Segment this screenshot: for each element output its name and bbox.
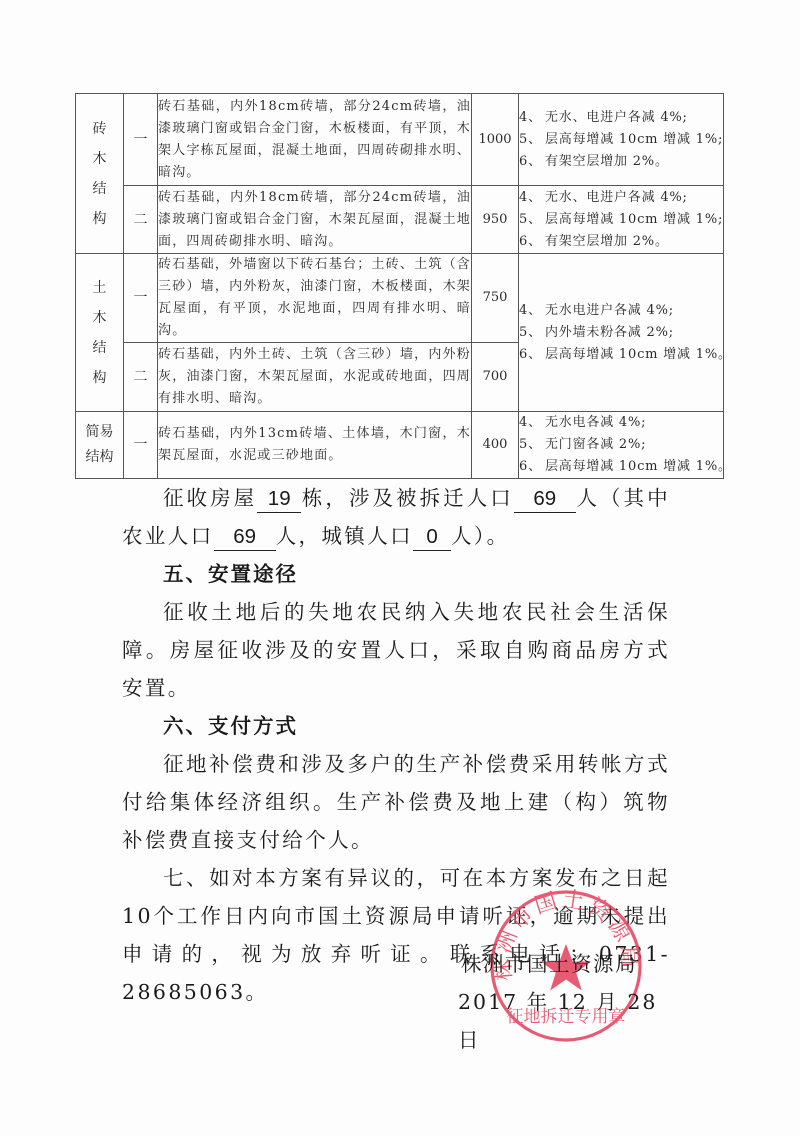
category-char: 砖 <box>76 114 123 144</box>
price-cell: 400 <box>472 412 519 479</box>
population-count: 69 <box>514 486 576 513</box>
category-char: 结 <box>76 333 123 363</box>
item-number: 6、 <box>519 456 545 478</box>
text-span: 征收房屋 <box>163 486 257 510</box>
item-number: 6、 <box>519 231 545 253</box>
grade-cell: 二 <box>124 186 158 254</box>
item-number: 5、 <box>519 322 545 344</box>
description-cell: 砖石基础，内外18cm砖墙，部分24cm砖墙，油漆玻璃门窗或铝合金门窗，木架瓦屋… <box>158 186 472 254</box>
price-cell: 700 <box>472 343 519 412</box>
category-char: 结 <box>76 174 123 204</box>
table-row: 砖 木 结 构 一 砖石基础，内外18cm砖墙，部分24cm砖墙，油漆玻璃门窗或… <box>76 94 724 186</box>
document-page: 砖 木 结 构 一 砖石基础，内外18cm砖墙，部分24cm砖墙，油漆玻璃门窗或… <box>0 0 800 1136</box>
item-number: 6、 <box>519 344 545 366</box>
houses-count: 19 <box>257 486 301 513</box>
item-text: 无水、电进户各减 4%; <box>545 190 688 205</box>
item-number: 5、 <box>519 434 545 456</box>
description-cell: 砖石基础，内外土砖、土筑（含三砂）墙，内外粉灰，油漆门窗，木架瓦屋面，水泥或砖地… <box>158 343 472 412</box>
table-row: 简易 结构 一 砖石基础，内外13cm砖墙、土体墙，木门窗，木架瓦屋面，水泥或三… <box>76 412 724 479</box>
item-text: 层高每增减 10cm 增减 1%。 <box>545 459 732 474</box>
issue-date: 2017 年 12 月 28 日 <box>458 983 678 1059</box>
grade-cell: 二 <box>124 343 158 412</box>
adjustment-item: 5、层高每增减 10cm 增减 1%; <box>519 209 723 231</box>
item-text: 无门窗各减 2%; <box>545 437 646 452</box>
adjustment-cell: 4、无水电各减 4%; 5、无门窗各减 2%; 6、层高每增减 10cm 增减 … <box>519 412 724 479</box>
adjustment-item: 6、有架空层增加 2%。 <box>519 231 723 253</box>
category-char: 构 <box>76 204 123 234</box>
item-text: 有架空层增加 2%。 <box>545 154 669 169</box>
category-char: 构 <box>76 363 123 393</box>
category-cell-brick-wood: 砖 木 结 构 <box>76 94 124 254</box>
category-cell-simple: 简易 结构 <box>76 412 124 479</box>
item-text: 有架空层增加 2%。 <box>545 234 669 249</box>
item-text: 无水电各减 4%; <box>545 415 646 430</box>
item-number: 4、 <box>519 107 545 129</box>
item-number: 5、 <box>519 129 545 151</box>
adjustment-item: 5、无门窗各减 2%; <box>519 434 723 456</box>
adjustment-cell: 4、无水电进户各减 4%; 5、内外墙未粉各减 2%; 6、层高每增减 10cm… <box>519 254 724 412</box>
grade-cell: 一 <box>124 412 158 479</box>
item-text: 内外墙未粉各减 2%; <box>545 325 674 340</box>
urban-population-count: 0 <box>413 524 451 551</box>
item-number: 4、 <box>519 187 545 209</box>
text-span: 人）。 <box>451 524 509 548</box>
adjustment-item: 6、有架空层增加 2%。 <box>519 151 723 173</box>
category-cell-earth-wood: 土 木 结 构 <box>76 254 124 412</box>
grade-cell: 一 <box>124 94 158 186</box>
category-char: 简易 <box>76 420 123 445</box>
table-row: 二 砖石基础，内外18cm砖墙，部分24cm砖墙，油漆玻璃门窗或铝合金门窗，木架… <box>76 186 724 254</box>
category-char: 木 <box>76 303 123 333</box>
description-cell: 砖石基础，内外18cm砖墙，部分24cm砖墙，油漆玻璃门窗或铝合金门窗，木板楼面… <box>158 94 472 186</box>
adjustment-item: 4、无水、电进户各减 4%; <box>519 107 723 129</box>
section-heading-resettlement: 五、安置途径 <box>122 555 670 593</box>
item-number: 4、 <box>519 300 545 322</box>
description-cell: 砖石基础，内外13cm砖墙、土体墙，木门窗，木架瓦屋面，水泥或三砂地面。 <box>158 412 472 479</box>
adjustment-item: 5、层高每增减 10cm 增减 1%; <box>519 129 723 151</box>
adjustment-item: 4、无水、电进户各减 4%; <box>519 187 723 209</box>
adjustment-item: 5、内外墙未粉各减 2%; <box>519 322 723 344</box>
category-char: 结构 <box>76 445 123 470</box>
table-row: 土 木 结 构 一 砖石基础，外墙窗以下砖石基台；土砖、土筑（含三砂）墙，内外粉… <box>76 254 724 343</box>
item-text: 无水电进户各减 4%; <box>545 303 674 318</box>
item-text: 层高每增减 10cm 增减 1%。 <box>545 347 732 362</box>
price-cell: 950 <box>472 186 519 254</box>
agricultural-population-count: 69 <box>214 524 276 551</box>
payment-paragraph: 征地补偿费和涉及多户的生产补偿费采用转帐方式付给集体经济组织。生产补偿费及地上建… <box>122 745 670 859</box>
grade-cell: 一 <box>124 254 158 343</box>
summary-paragraph: 征收房屋19栋，涉及被拆迁人口69人（其中农业人口69人，城镇人口0人）。 <box>122 479 670 555</box>
price-cell: 750 <box>472 254 519 343</box>
item-number: 5、 <box>519 209 545 231</box>
compensation-standard-table: 砖 木 结 构 一 砖石基础，内外18cm砖墙，部分24cm砖墙，油漆玻璃门窗或… <box>75 93 724 479</box>
item-text: 层高每增减 10cm 增减 1%; <box>545 132 723 147</box>
signature-block: 株洲市国土资源局 2017 年 12 月 28 日 <box>458 945 678 1059</box>
adjustment-cell: 4、无水、电进户各减 4%; 5、层高每增减 10cm 增减 1%; 6、有架空… <box>519 94 724 186</box>
adjustment-item: 6、层高每增减 10cm 增减 1%。 <box>519 344 723 366</box>
text-span: 人，城镇人口 <box>276 524 413 548</box>
adjustment-cell: 4、无水、电进户各减 4%; 5、层高每增减 10cm 增减 1%; 6、有架空… <box>519 186 724 254</box>
text-span: 栋，涉及被拆迁人口 <box>301 486 514 510</box>
adjustment-item: 6、层高每增减 10cm 增减 1%。 <box>519 456 723 478</box>
section-heading-payment: 六、支付方式 <box>122 707 670 745</box>
item-number: 4、 <box>519 412 545 434</box>
category-char: 土 <box>76 273 123 303</box>
item-number: 6、 <box>519 151 545 173</box>
item-text: 无水、电进户各减 4%; <box>545 110 688 125</box>
item-text: 层高每增减 10cm 增减 1%; <box>545 212 723 227</box>
issuing-organization: 株洲市国土资源局 <box>458 945 678 983</box>
resettlement-paragraph: 征收土地后的失地农民纳入失地农民社会生活保障。房屋征收涉及的安置人口，采取自购商… <box>122 593 670 707</box>
adjustment-item: 4、无水电各减 4%; <box>519 412 723 434</box>
price-cell: 1000 <box>472 94 519 186</box>
category-char: 木 <box>76 144 123 174</box>
description-cell: 砖石基础，外墙窗以下砖石基台；土砖、土筑（含三砂）墙，内外粉灰，油漆门窗，木板楼… <box>158 254 472 343</box>
adjustment-item: 4、无水电进户各减 4%; <box>519 300 723 322</box>
